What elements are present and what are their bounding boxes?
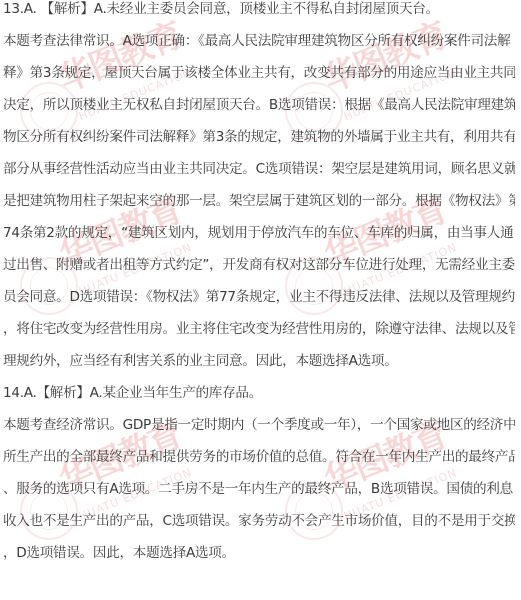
q13-explanation-line: 理规约外，应当经有利害关系的业主同意。因此，本题选择A选项。 — [3, 352, 515, 384]
q14-explanation-line: 所生产出的全部最终产品和提供劳务的市场价值的总值。符合在一年内生产出的最终产品 — [3, 448, 515, 480]
q13-explanation-line: 部分从事经营性活动应当由业主共同决定。C选项错误：架空层是建筑用词，顾名思义就。 — [3, 160, 515, 192]
q14-explanation-line: 本题考查经济常识。GDP是指一定时期内（一个季度或一年），一个国家或地区的经济中 — [3, 416, 515, 448]
q14-answer-heading: 14.A.【解析】A.某企业当年生产的库存品。 — [3, 384, 515, 416]
q13-explanation-line: 本题考查法律常识。A选项正确：《最高人民法院审理建筑物区分所有权纠纷案件司法解 — [3, 32, 515, 64]
q14-explanation-line: 收入也不是生产出的产品，C选项错误。家务劳动不会产生市场价值，目的不是用于交换 — [3, 512, 515, 544]
q13-explanation-line: 74条第2款的规定，“建筑区划内，规划用于停放汽车的车位、车库的归属，由当事人通 — [3, 224, 515, 256]
q13-explanation-line: 过出售、附赠或者出租等方式约定”，开发商有权对这部分车位进行处理，无需经业主委 — [3, 256, 515, 288]
q14-explanation-line: ，D选项错误。因此，本题选择A选项。 — [3, 544, 515, 576]
q13-answer-heading: 13.A. 【解析】A.未经业主委员会同意，顶楼业主不得私自封闭屋顶天台。 — [3, 0, 515, 32]
q13-explanation-line: 释》第3条规定，屋顶天台属于该楼全体业主共有，改变共有部分的用途应当由业主共同 — [3, 64, 515, 96]
q13-explanation-line: ，将住宅改变为经营性用房。业主将住宅改变为经营性用房的，除遵守法律、法规以及管 — [3, 320, 515, 352]
answer-explanation-document: 13.A. 【解析】A.未经业主委员会同意，顶楼业主不得私自封闭屋顶天台。 本题… — [0, 0, 521, 576]
q14-explanation-line: 、服务的选项只有A选项。二手房不是一年内生产的最终产品，B选项错误。国债的利息 — [3, 480, 515, 512]
q13-explanation-line: 决定，所以顶楼业主无权私自封闭屋顶天台。B选项错误：根据《最高人民法院审理建筑 — [3, 96, 515, 128]
q13-explanation-line: 是把建筑物用柱子架起来空的那一层。架空层属于建筑区划的一部分。根据《物权法》第 — [3, 192, 515, 224]
q13-explanation-line: 员会同意。D选项错误：《物权法》第77条规定，业主不得违反法律、法规以及管理规约 — [3, 288, 515, 320]
q13-explanation-line: 物区分所有权纠纷案件司法解释》第3条的规定，建筑物的外墙属于业主共有，利用共有 — [3, 128, 515, 160]
